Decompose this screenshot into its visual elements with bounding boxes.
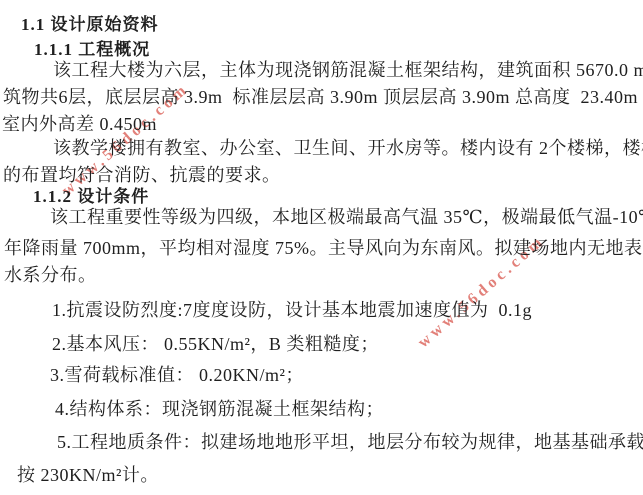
para-climate-line-2: 年降雨量 700mm，平均相对湿度 75%。主导风向为东南风。拟建场地内无地表 <box>4 238 643 259</box>
list-item-seismic: 1.抗震设防烈度:7度度设防，设计基本地震加速度值为 0.1g <box>52 300 532 321</box>
para-climate-line-1: 该工程重要性等级为四级，本地区极端最高气温 35℃，极端最低气温-10℃。 <box>50 207 643 228</box>
list-item-snow-load: 3.雪荷载标准值： 0.20KN/m²； <box>50 365 304 386</box>
subsection-heading-design-conditions: 1.1.2 设计条件 <box>33 186 149 207</box>
subsection-heading-project-overview: 1.1.1 工程概况 <box>34 39 150 60</box>
document-page: www.56doc.com www.56doc.com 1.1 设计原始资料 1… <box>0 0 643 495</box>
para-rooms-line-1: 该教学楼拥有教室、办公室、卫生间、开水房等。楼内设有 2个楼梯，楼梯 <box>53 138 643 159</box>
list-item-structure-system: 4.结构体系：现浇钢筋混凝土框架结构； <box>55 399 384 420</box>
para-overview-line-3: 室内外高差 0.450m <box>2 114 157 135</box>
para-overview-line-1: 该工程大楼为六层，主体为现浇钢筋混凝土框架结构，建筑面积 5670.0 m²，建 <box>53 60 643 81</box>
list-item-geology-continuation: 按 230KN/m²计。 <box>17 465 159 486</box>
list-item-geology: 5.工程地质条件：拟建场地地形平坦，地层分布较为规律，地基基础承载力 <box>57 432 643 453</box>
para-climate-line-3: 水系分布。 <box>4 265 97 286</box>
para-rooms-line-2: 的布置均符合消防、抗震的要求。 <box>3 165 281 186</box>
list-item-wind-pressure: 2.基本风压： 0.55KN/m²，B 类粗糙度； <box>52 334 379 355</box>
section-heading-design-source-data: 1.1 设计原始资料 <box>21 14 159 35</box>
para-overview-line-2: 筑物共6层，底层层高 3.9m 标准层层高 3.90m 顶层层高 3.90m 总… <box>3 87 638 108</box>
